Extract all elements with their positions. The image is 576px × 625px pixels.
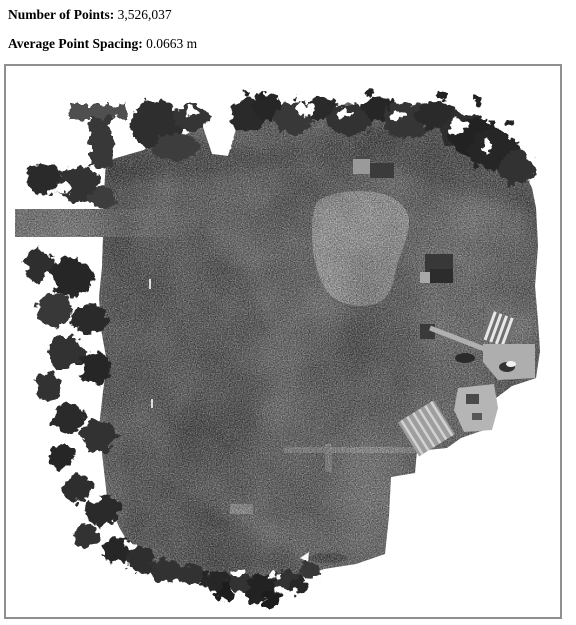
image-frame — [4, 64, 562, 619]
points-count-label: Number of Points: — [8, 7, 114, 22]
point-cloud-image — [6, 66, 560, 617]
points-count-value: 3,526,037 — [118, 7, 172, 22]
shed-dark-roof — [370, 163, 394, 178]
page: { "stats": [ { "label": "Number of Point… — [0, 0, 576, 619]
car — [455, 353, 475, 363]
point-spacing-label: Average Point Spacing: — [8, 36, 143, 51]
point-spacing-line: Average Point Spacing: 0.0663 m — [8, 36, 576, 52]
dataset-stats: Number of Points: 3,526,037 Average Poin… — [0, 0, 576, 51]
point-spacing-value: 0.0663 m — [146, 36, 197, 51]
points-count-line: Number of Points: 3,526,037 — [8, 7, 576, 23]
